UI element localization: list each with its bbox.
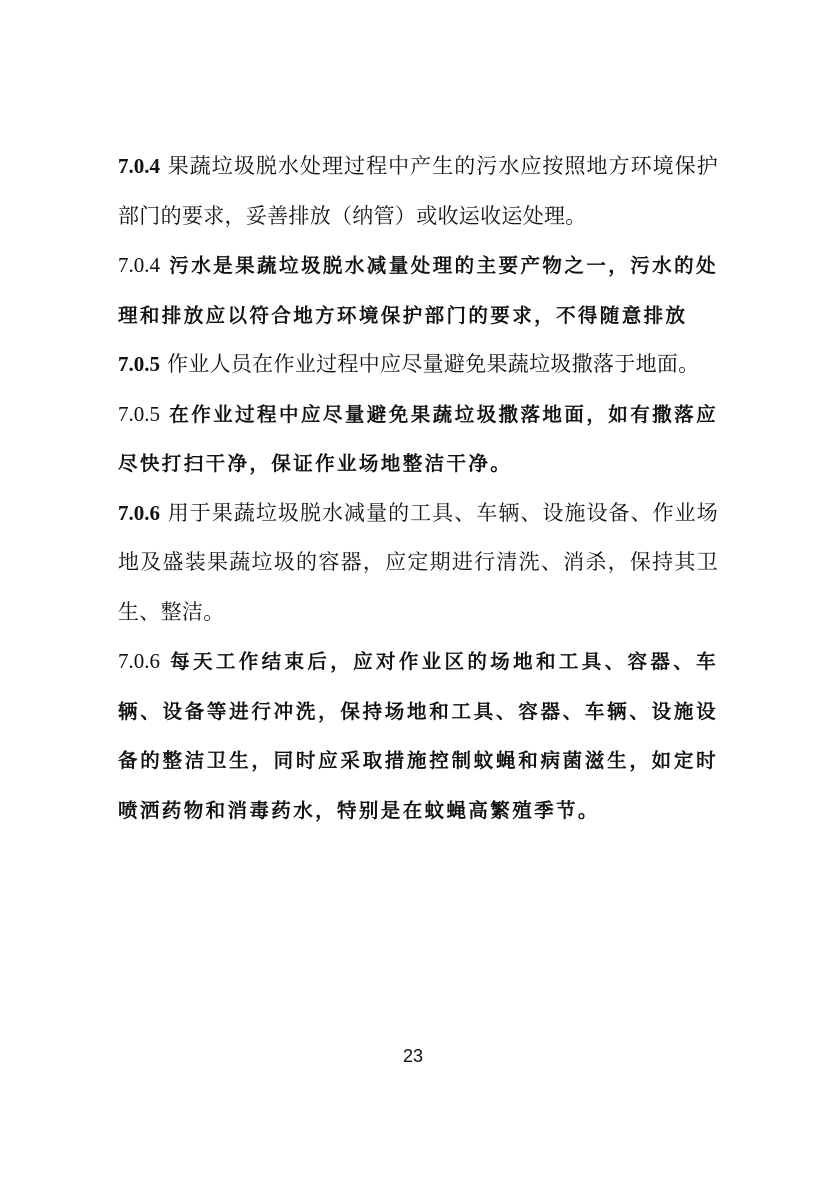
explanation-7-0-4: 7.0.4 污水是果蔬垃圾脱水减量处理的主要产物之一，污水的处理和排放应以符合地… (118, 241, 718, 340)
document-page: 7.0.4 果蔬垃圾脱水处理过程中产生的污水应按照地方环境保护部门的要求，妥善排… (0, 0, 826, 1199)
clause-number: 7.0.5 (118, 352, 160, 376)
clause-text: 作业人员在作业过程中应尽量避免果蔬垃圾撒落于地面。 (167, 352, 700, 376)
explanation-text: 污水是果蔬垃圾脱水减量处理的主要产物之一，污水的处理和排放应以符合地方环境保护部… (118, 254, 718, 327)
page-number: 23 (0, 1046, 826, 1067)
clause-7-0-5: 7.0.5 作业人员在作业过程中应尽量避免果蔬垃圾撒落于地面。 (118, 340, 718, 390)
clause-number: 7.0.4 (118, 154, 160, 178)
explanation-text: 每天工作结束后，应对作业区的场地和工具、容器、车辆、设备等进行冲洗，保持场地和工… (118, 650, 718, 822)
explanation-number: 7.0.5 (118, 402, 160, 426)
clause-7-0-4: 7.0.4 果蔬垃圾脱水处理过程中产生的污水应按照地方环境保护部门的要求，妥善排… (118, 142, 718, 241)
explanation-7-0-6: 7.0.6 每天工作结束后，应对作业区的场地和工具、容器、车辆、设备等进行冲洗，… (118, 637, 718, 835)
clause-text: 果蔬垃圾脱水处理过程中产生的污水应按照地方环境保护部门的要求，妥善排放（纳管）或… (118, 154, 718, 228)
explanation-text: 在作业过程中应尽量避免果蔬垃圾撒落地面，如有撒落应尽快打扫干净，保证作业场地整洁… (118, 403, 718, 476)
page-content: 7.0.4 果蔬垃圾脱水处理过程中产生的污水应按照地方环境保护部门的要求，妥善排… (118, 142, 718, 835)
clause-number: 7.0.6 (118, 501, 160, 525)
explanation-number: 7.0.4 (118, 253, 160, 277)
clause-text: 用于果蔬垃圾脱水减量的工具、车辆、设施设备、作业场地及盛装果蔬垃圾的容器，应定期… (118, 501, 718, 624)
explanation-7-0-5: 7.0.5 在作业过程中应尽量避免果蔬垃圾撒落地面，如有撒落应尽快打扫干净，保证… (118, 390, 718, 489)
clause-7-0-6: 7.0.6 用于果蔬垃圾脱水减量的工具、车辆、设施设备、作业场地及盛装果蔬垃圾的… (118, 489, 718, 638)
explanation-number: 7.0.6 (118, 649, 160, 673)
